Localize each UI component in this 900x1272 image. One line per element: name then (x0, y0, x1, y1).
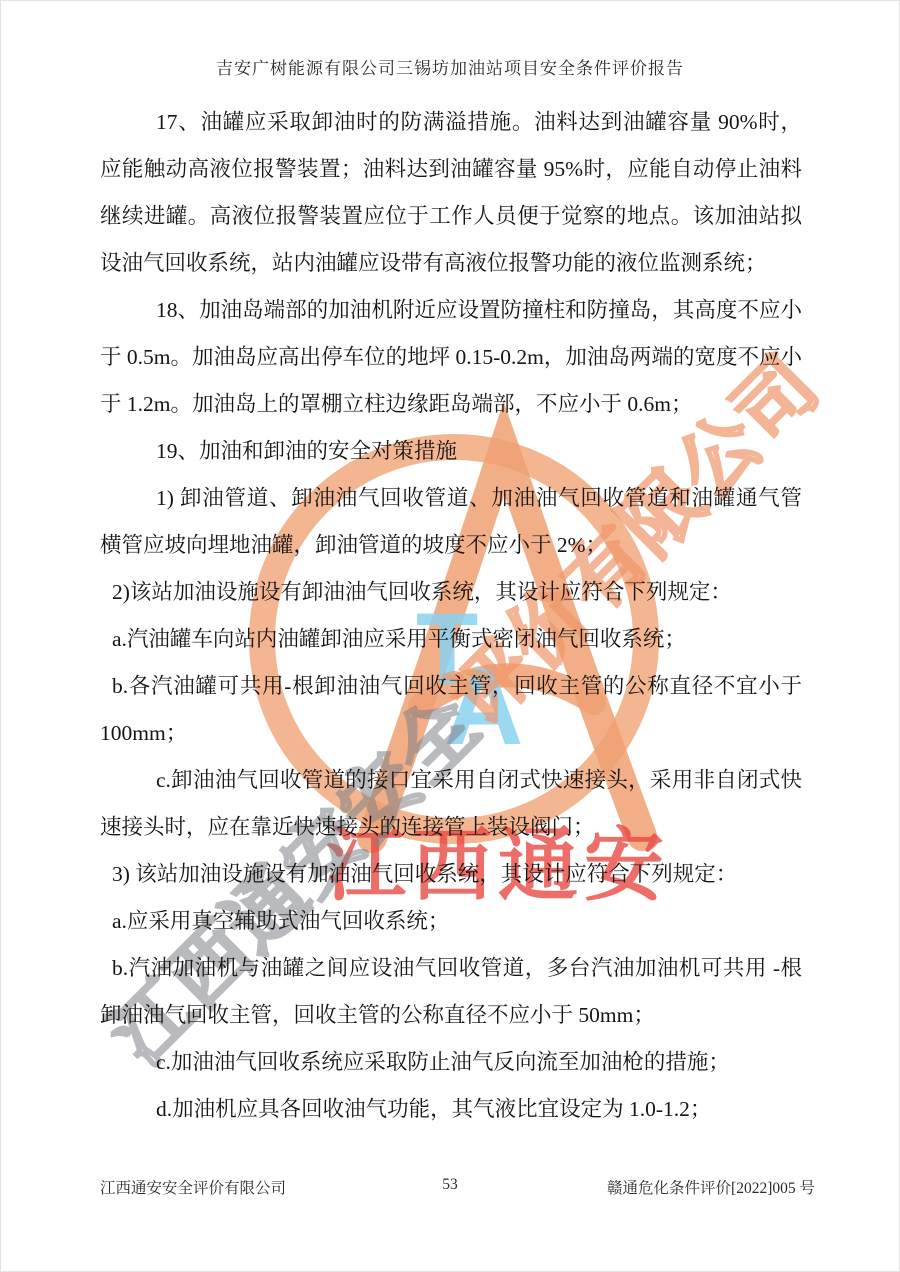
page-header-title: 吉安广树能源有限公司三锡坊加油站项目安全条件评价报告 (0, 54, 900, 79)
body-paragraph: 17、油罐应采取卸油时的防满溢措施。油料达到油罐容量 90%时，应能触动高液位报… (100, 99, 802, 287)
body-paragraph: b.各汽油罐可共用-根卸油油气回收主管，回收主管的公称直径不宜小于 100mm； (100, 663, 802, 757)
body-paragraph: c.加油油气回收系统应采取防止油气反向流至加油枪的措施； (100, 1039, 802, 1086)
body-paragraph: a.应采用真空辅助式油气回收系统； (100, 898, 802, 945)
body-paragraph: d.加油机应具各回收油气功能，其气液比宜设定为 1.0-1.2； (100, 1086, 802, 1133)
footer-page-number: 53 (100, 1176, 800, 1194)
body-paragraph: a.汽油罐车向站内油罐卸油应采用平衡式密闭油气回收系统； (100, 616, 802, 663)
body-paragraph: 3) 该站加油设施设有加油油气回收系统，其设计应符合下列规定： (100, 851, 802, 898)
body-paragraph: 1) 卸油管道、卸油油气回收管道、加油油气回收管道和油罐通气管横管应坡向埋地油罐… (100, 475, 802, 569)
body-paragraph: 2)该站加油设施设有卸油油气回收系统，其设计应符合下列规定： (100, 569, 802, 616)
body-paragraph: c.卸油油气回收管道的接口宜采用自闭式快速接头，采用非自闭式快速接头时，应在靠近… (100, 757, 802, 851)
page-footer: 53 江西通安安全评价有限公司 赣通危化条件评价[2022]005 号 (100, 1176, 815, 1198)
body-paragraph: 18、加油岛端部的加油机附近应设置防撞柱和防撞岛，其高度不应小于 0.5m。加油… (100, 287, 802, 428)
document-page: T A 江西通安 江西通安安全评价有限公司 吉安广树能源有限公司三锡坊加油站项目… (0, 0, 900, 1272)
report-body: 17、油罐应采取卸油时的防满溢措施。油料达到油罐容量 90%时，应能触动高液位报… (100, 99, 802, 1133)
body-paragraph: b.汽油加油机与油罐之间应设油气回收管道，多台汽油加油机可共用 -根卸油油气回收… (100, 945, 802, 1039)
body-paragraph: 19、加油和卸油的安全对策措施 (100, 428, 802, 475)
